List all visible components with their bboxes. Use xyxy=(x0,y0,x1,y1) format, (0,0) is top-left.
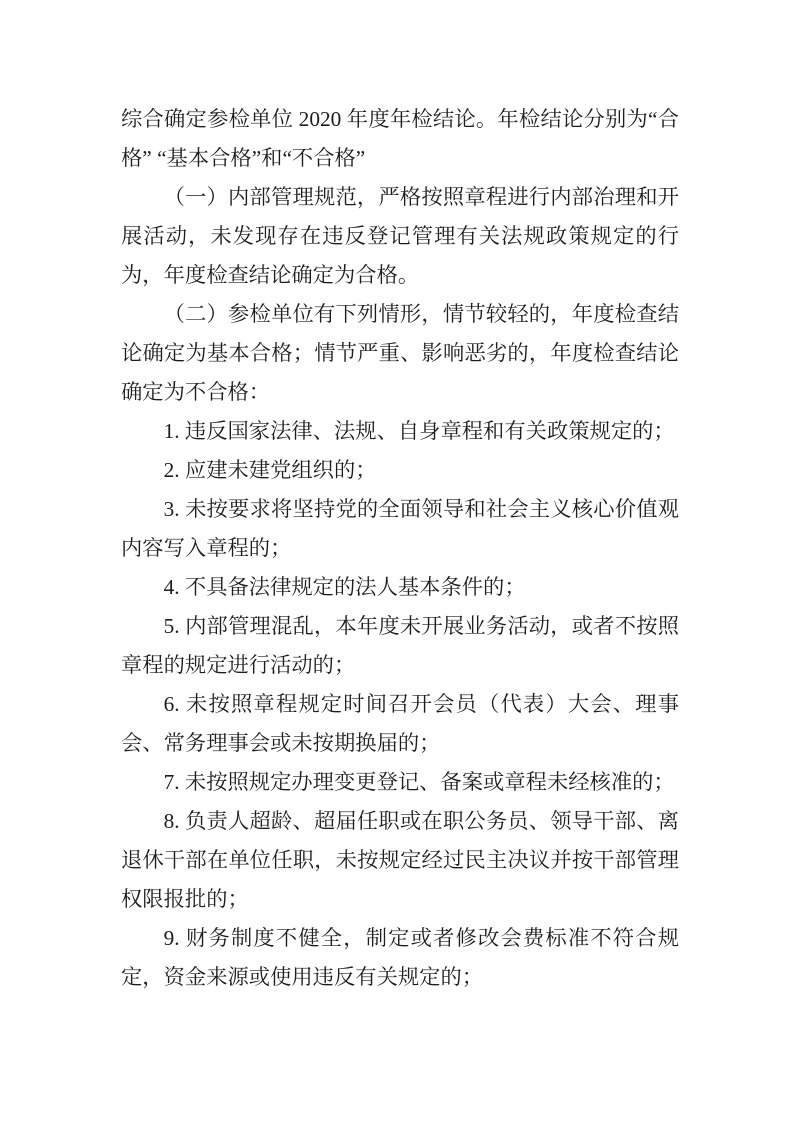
paragraph-2: （一）内部管理规范，严格按照章程进行内部治理和开展活动，未发现存在违反登记管理有… xyxy=(121,178,679,295)
paragraph-10: 7. 未按照规定办理变更登记、备案或章程未经核准的； xyxy=(121,763,679,802)
paragraph-7: 4. 不具备法律规定的法人基本条件的； xyxy=(121,568,679,607)
paragraph-3: （二）参检单位有下列情形，情节较轻的，年度检查结论确定为基本合格；情节严重、影响… xyxy=(121,295,679,412)
paragraph-5: 2. 应建未建党组织的； xyxy=(121,451,679,490)
paragraph-11: 8. 负责人超龄、超届任职或在职公务员、领导干部、离退休干部在单位任职，未按规定… xyxy=(121,802,679,919)
paragraph-8: 5. 内部管理混乱，本年度未开展业务活动，或者不按照章程的规定进行活动的； xyxy=(121,607,679,685)
document-page: 综合确定参检单位 2020 年度年检结论。年检结论分别为“合格” “基本合格”和… xyxy=(0,0,793,1122)
paragraph-12: 9. 财务制度不健全，制定或者修改会费标准不符合规定，资金来源或使用违反有关规定… xyxy=(121,919,679,997)
paragraph-6: 3. 未按要求将坚持党的全面领导和社会主义核心价值观内容写入章程的； xyxy=(121,490,679,568)
paragraph-9: 6. 未按照章程规定时间召开会员（代表）大会、理事会、常务理事会或未按期换届的； xyxy=(121,685,679,763)
document-text-block: 综合确定参检单位 2020 年度年检结论。年检结论分别为“合格” “基本合格”和… xyxy=(121,100,679,997)
paragraph-1: 综合确定参检单位 2020 年度年检结论。年检结论分别为“合格” “基本合格”和… xyxy=(121,100,679,178)
paragraph-4: 1. 违反国家法律、法规、自身章程和有关政策规定的； xyxy=(121,412,679,451)
